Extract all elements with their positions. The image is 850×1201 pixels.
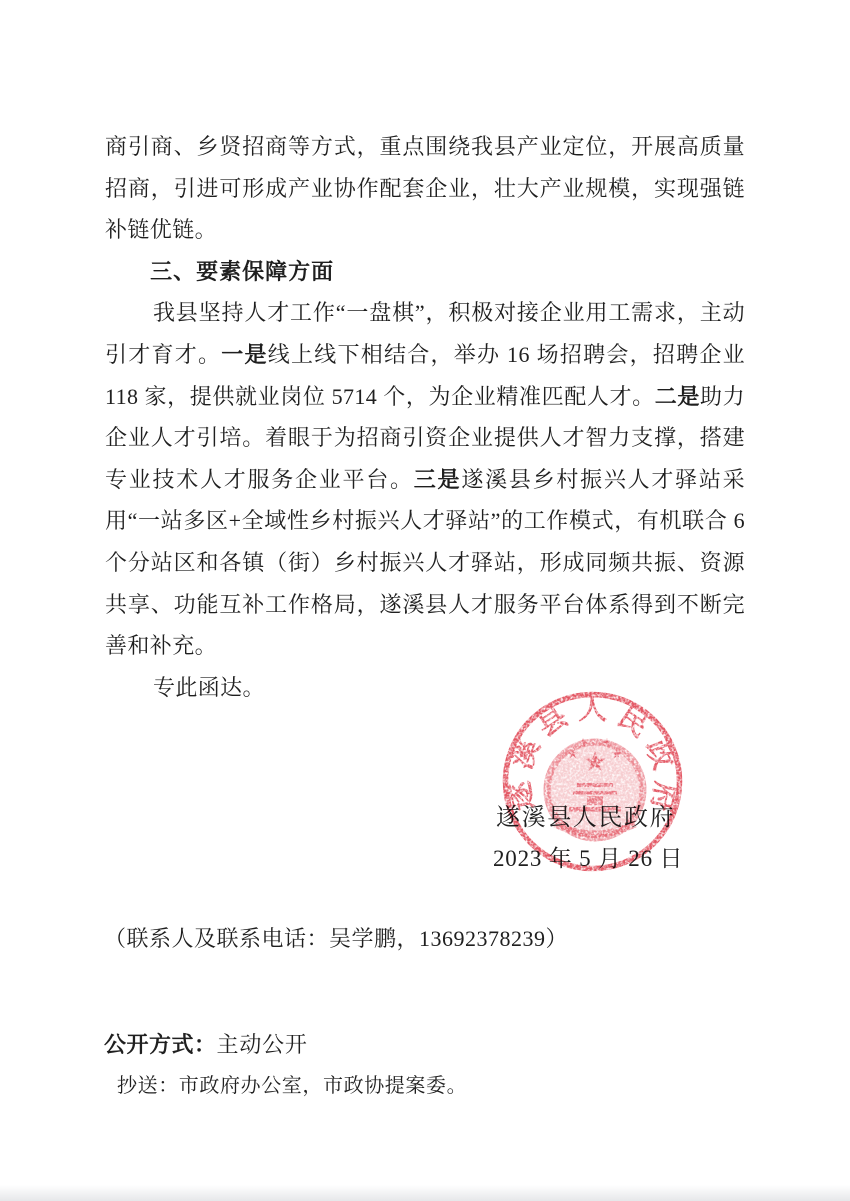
publish-method-line: 公开方式：主动公开: [104, 1028, 308, 1059]
body-text: 遂溪县乡村振兴人才驿站采用“一站多区+全域性乡村振兴人才驿站”的工作模式，有机联…: [105, 467, 745, 658]
emphasis-text: 一是: [221, 342, 268, 367]
official-seal: 遂溪县人民政府: [499, 688, 686, 875]
national-emblem: [547, 738, 643, 838]
document-body: 商引商、乡贤招商等方式，重点围绕我县产业定位，开展高质量招商，引进可形成产业协作…: [105, 126, 745, 708]
emphasis-text: 三是: [414, 467, 462, 492]
publish-method-label: 公开方式：: [104, 1032, 217, 1057]
carbon-copy-line: 抄送：市政府办公室，市政协提案委。: [117, 1069, 467, 1098]
paragraph-continuation: 商引商、乡贤招商等方式，重点围绕我县产业定位，开展高质量招商，引进可形成产业协作…: [105, 126, 745, 251]
publish-method-value: 主动公开: [217, 1032, 308, 1057]
emphasis-text: 二是: [655, 384, 700, 409]
contact-info: （联系人及联系电话：吴学鹏，13692378239）: [104, 922, 568, 953]
paragraph-main: 我县坚持人才工作“一盘棋”，积极对接企业用工需求，主动引才育才。一是线上线下相结…: [105, 292, 745, 666]
scan-shadow: [0, 1185, 850, 1201]
section-heading: 三、要素保障方面: [105, 251, 745, 293]
document-page: 商引商、乡贤招商等方式，重点围绕我县产业定位，开展高质量招商，引进可形成产业协作…: [0, 0, 850, 1201]
